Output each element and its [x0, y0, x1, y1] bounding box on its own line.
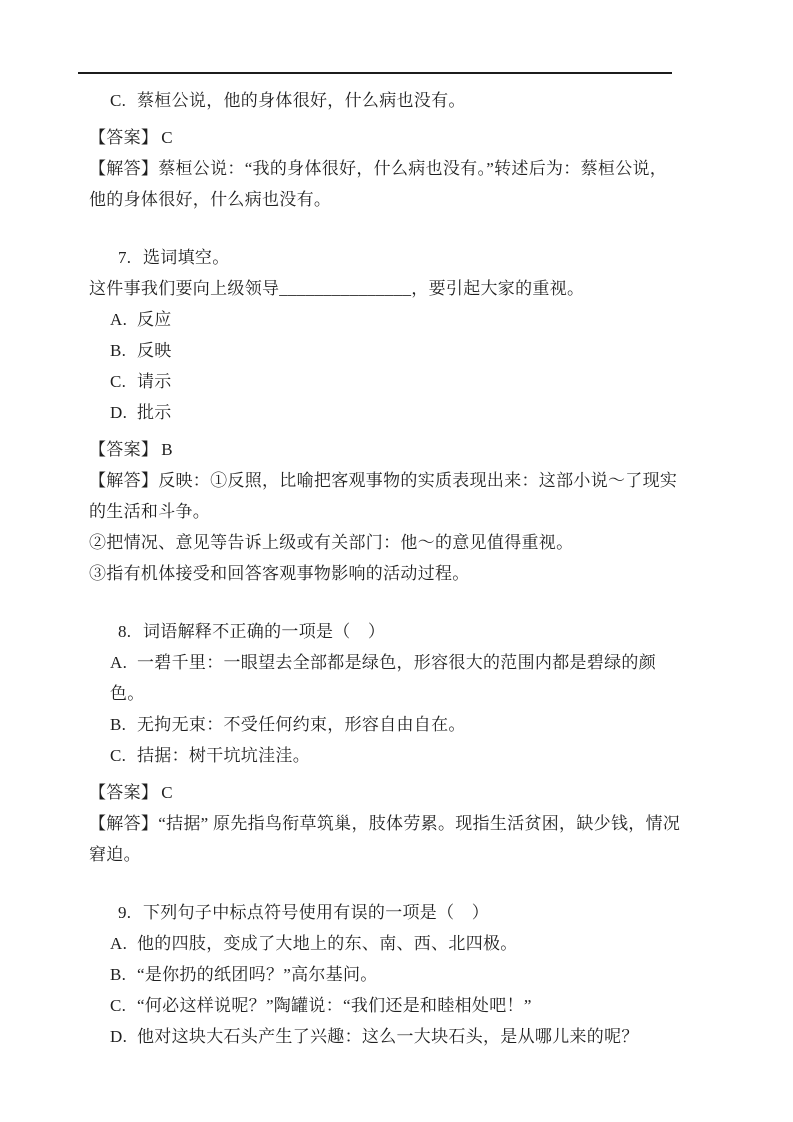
option-text: “何必这样说呢？”陶罐说：“我们还是和睦相处吧！”: [137, 996, 532, 1015]
option-letter: A.: [110, 304, 137, 335]
question-title-line: 9.下列句子中标点符号使用有误的一项是（ ）: [89, 897, 681, 928]
answer-line: 【答案】B: [89, 434, 681, 465]
explanation-text: 蔡桓公说：“我的身体很好，什么病也没有。”转述后为：蔡桓公说，他的身体很好，什么…: [89, 159, 667, 209]
option-text: 反应: [137, 310, 172, 329]
option-line: B.反映: [89, 335, 681, 366]
answer-value: C: [161, 128, 173, 147]
question-number: 9.: [118, 897, 143, 928]
option-line: A.反应: [89, 304, 681, 335]
question-title: 词语解释不正确的一项是（ ）: [143, 622, 385, 641]
option-letter: D.: [110, 397, 137, 428]
option-line: D.他对这块大石头产生了兴趣：这么一大块石头，是从哪儿来的呢？: [89, 1021, 681, 1052]
answer-label: 【答案】: [89, 128, 158, 147]
option-letter: A.: [110, 928, 137, 959]
question-title-line: 8.词语解释不正确的一项是（ ）: [89, 616, 681, 647]
explanation-label: 【解答】: [89, 159, 158, 178]
explanation-label: 【解答】: [89, 471, 158, 490]
question-6-answer-block: C.蔡桓公说，他的身体很好，什么病也没有。 【答案】C 【解答】蔡桓公说：“我的…: [89, 85, 681, 215]
answer-label: 【答案】: [89, 440, 158, 459]
explanation-line: 【解答】“拮据” 原先指鸟衔草筑巢，肢体劳累。现指生活贫困，缺少钱，情况窘迫。: [89, 808, 681, 870]
option-letter: B.: [110, 335, 137, 366]
explanation-line: 【解答】反映：①反照，比喻把客观事物的实质表现出来：这部小说～了现实的生活和斗争…: [89, 465, 681, 527]
exam-document-page: C.蔡桓公说，他的身体很好，什么病也没有。 【答案】C 【解答】蔡桓公说：“我的…: [0, 0, 793, 1122]
option-text: 反映: [137, 341, 172, 360]
option-line: C.拮据：树干坑坑洼洼。: [89, 740, 681, 771]
question-8: 8.词语解释不正确的一项是（ ） A.一碧千里：一眼望去全部都是绿色，形容很大的…: [89, 616, 681, 870]
option-line: A.一碧千里：一眼望去全部都是绿色，形容很大的范围内都是碧绿的颜色。: [89, 647, 681, 709]
option-letter: C.: [110, 85, 137, 116]
explanation-line: 【解答】蔡桓公说：“我的身体很好，什么病也没有。”转述后为：蔡桓公说，他的身体很…: [89, 153, 681, 215]
option-letter: C.: [110, 366, 137, 397]
option-text: 他对这块大石头产生了兴趣：这么一大块石头，是从哪儿来的呢？: [137, 1027, 639, 1046]
answer-line: 【答案】C: [89, 777, 681, 808]
question-number: 8.: [118, 616, 143, 647]
option-letter: D.: [110, 1021, 137, 1052]
option-text: 一碧千里：一眼望去全部都是绿色，形容很大的范围内都是碧绿的颜色。: [110, 653, 656, 703]
document-content: C.蔡桓公说，他的身体很好，什么病也没有。 【答案】C 【解答】蔡桓公说：“我的…: [89, 85, 681, 1052]
answer-line: 【答案】C: [89, 122, 681, 153]
option-text: 批示: [137, 403, 172, 422]
explanation-text: 反映：①反照，比喻把客观事物的实质表现出来：这部小说～了现实的生活和斗争。: [89, 471, 677, 521]
question-title: 下列句子中标点符号使用有误的一项是（ ）: [143, 903, 489, 922]
option-line: C.“何必这样说呢？”陶罐说：“我们还是和睦相处吧！”: [89, 990, 681, 1021]
answer-value: C: [161, 783, 173, 802]
option-text: 拮据：树干坑坑洼洼。: [137, 746, 310, 765]
option-line: C.请示: [89, 366, 681, 397]
option-letter: B.: [110, 709, 137, 740]
option-text: 蔡桓公说，他的身体很好，什么病也没有。: [137, 91, 466, 110]
explanation-text: “拮据” 原先指鸟衔草筑巢，肢体劳累。现指生活贫困，缺少钱，情况窘迫。: [89, 814, 680, 864]
option-letter: B.: [110, 959, 137, 990]
option-text: 他的四肢，变成了大地上的东、南、西、北四极。: [137, 934, 518, 953]
answer-value: B: [161, 440, 173, 459]
option-text: 请示: [137, 372, 172, 391]
option-text: “是你扔的纸团吗？”高尔基问。: [137, 965, 378, 984]
page-top-divider: [78, 72, 672, 74]
option-line: C.蔡桓公说，他的身体很好，什么病也没有。: [89, 85, 681, 116]
question-stem: 这件事我们要向上级领导_______________，要引起大家的重视。: [89, 273, 681, 304]
option-letter: A.: [110, 647, 137, 678]
option-line: A.他的四肢，变成了大地上的东、南、西、北四极。: [89, 928, 681, 959]
question-9: 9.下列句子中标点符号使用有误的一项是（ ） A.他的四肢，变成了大地上的东、南…: [89, 897, 681, 1052]
question-number: 7.: [118, 242, 143, 273]
explanation-label: 【解答】: [89, 814, 158, 833]
option-letter: C.: [110, 740, 137, 771]
question-title-line: 7.选词填空。: [89, 242, 681, 273]
question-title: 选词填空。: [143, 248, 230, 267]
option-line: B.无拘无束：不受任何约束，形容自由自在。: [89, 709, 681, 740]
option-line: D.批示: [89, 397, 681, 428]
explanation-line-2: ②把情况、意见等告诉上级或有关部门：他～的意见值得重视。: [89, 527, 681, 558]
question-7: 7.选词填空。 这件事我们要向上级领导_______________，要引起大家…: [89, 242, 681, 589]
option-line: B.“是你扔的纸团吗？”高尔基问。: [89, 959, 681, 990]
option-letter: C.: [110, 990, 137, 1021]
explanation-line-3: ③指有机体接受和回答客观事物影响的活动过程。: [89, 558, 681, 589]
answer-label: 【答案】: [89, 783, 158, 802]
option-text: 无拘无束：不受任何约束，形容自由自在。: [137, 715, 466, 734]
